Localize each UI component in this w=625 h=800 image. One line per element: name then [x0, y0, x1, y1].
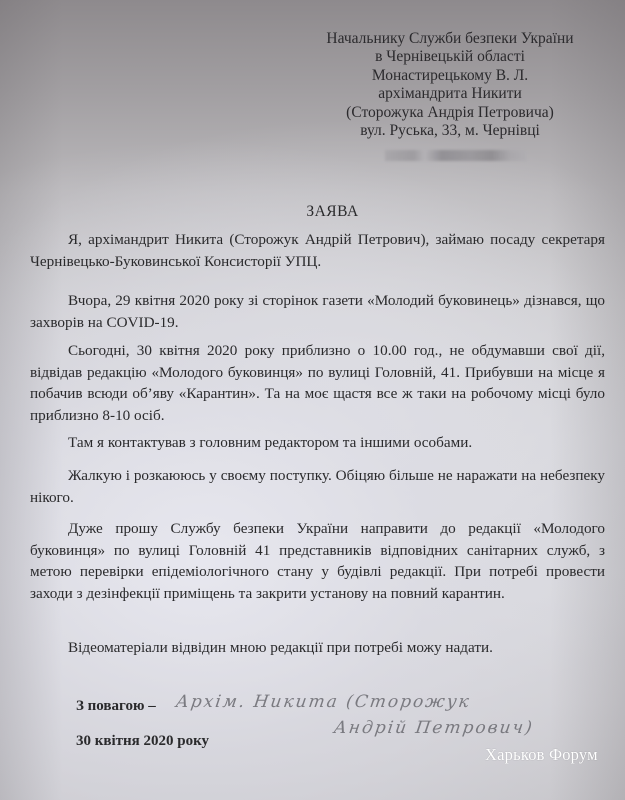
paragraph-text: Жалкую і розкаююсь у своєму поступку. Об… — [30, 465, 605, 508]
closing-salutation: З повагою – — [76, 698, 156, 715]
paragraph-3: Сьогодні, 30 квітня 2020 року приблизно … — [30, 340, 605, 426]
paragraph-7: Відеоматеріали відвідин мною редакції пр… — [30, 637, 605, 659]
signature-line-2: Андрій Петрович) — [333, 718, 536, 738]
redacted-phone-blur — [385, 150, 527, 161]
paragraph-text: Вчора, 29 квітня 2020 року зі сторінок г… — [30, 290, 605, 333]
watermark-text: Харьков Форум — [485, 745, 598, 765]
addressee-line: (Сторожука Андрія Петровича) — [300, 104, 600, 122]
document-page: Начальнику Служби безпеки України в Черн… — [0, 0, 625, 800]
addressee-line: Монастирецькому В. Л. — [300, 67, 600, 85]
addressee-line: вул. Руська, 33, м. Чернівці — [300, 122, 600, 140]
signature-line-1: Архім. Никита (Сторожук — [175, 692, 472, 712]
addressee-line: архімандрита Никити — [300, 85, 600, 103]
paragraph-text: Дуже прошу Службу безпеки України направ… — [30, 518, 605, 604]
paragraph-text: Сьогодні, 30 квітня 2020 року приблизно … — [30, 340, 605, 426]
addressee-line: Начальнику Служби безпеки України — [300, 30, 600, 48]
document-title: ЗАЯВА — [0, 203, 625, 221]
paragraph-6: Дуже прошу Службу безпеки України направ… — [30, 518, 605, 604]
paragraph-text: Відеоматеріали відвідин мною редакції пр… — [30, 637, 605, 659]
paragraph-text: Там я контактував з головним редактором … — [30, 432, 605, 454]
addressee-line: в Чернівецькій області — [300, 48, 600, 66]
paragraph-5: Жалкую і розкаююсь у своєму поступку. Об… — [30, 465, 605, 508]
paragraph-2: Вчора, 29 квітня 2020 року зі сторінок г… — [30, 290, 605, 333]
paragraph-4: Там я контактував з головним редактором … — [30, 432, 605, 454]
addressee-block: Начальнику Служби безпеки України в Черн… — [300, 30, 600, 140]
paragraph-1: Я, архімандрит Никита (Сторожук Андрій П… — [30, 229, 605, 272]
paragraph-text: Я, архімандрит Никита (Сторожук Андрій П… — [30, 229, 605, 272]
